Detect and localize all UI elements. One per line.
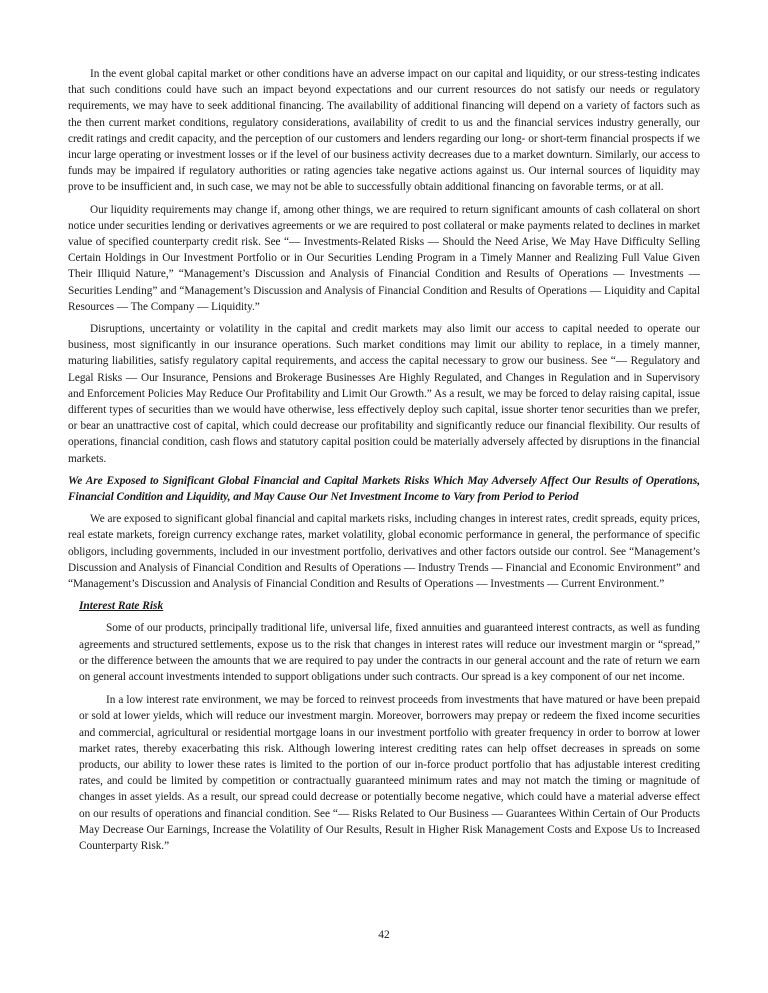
paragraph-liquidity-requirements: Our liquidity requirements may change if… xyxy=(68,202,700,315)
document-page: In the event global capital market or ot… xyxy=(68,66,700,861)
section-heading-market-risks: We Are Exposed to Significant Global Fin… xyxy=(68,473,700,505)
subsection-interest-rate-risk: Interest Rate Risk Some of our products,… xyxy=(79,598,700,854)
paragraph-market-risks-exposure: We are exposed to significant global fin… xyxy=(68,511,700,592)
paragraph-low-rate-environment: In a low interest rate environment, we m… xyxy=(79,692,700,854)
paragraph-spread-risk: Some of our products, principally tradit… xyxy=(79,620,700,685)
paragraph-market-disruptions: Disruptions, uncertainty or volatility i… xyxy=(68,321,700,467)
page-number: 42 xyxy=(0,929,768,941)
paragraph-additional-financing: In the event global capital market or ot… xyxy=(68,66,700,196)
subsection-heading: Interest Rate Risk xyxy=(79,598,700,614)
